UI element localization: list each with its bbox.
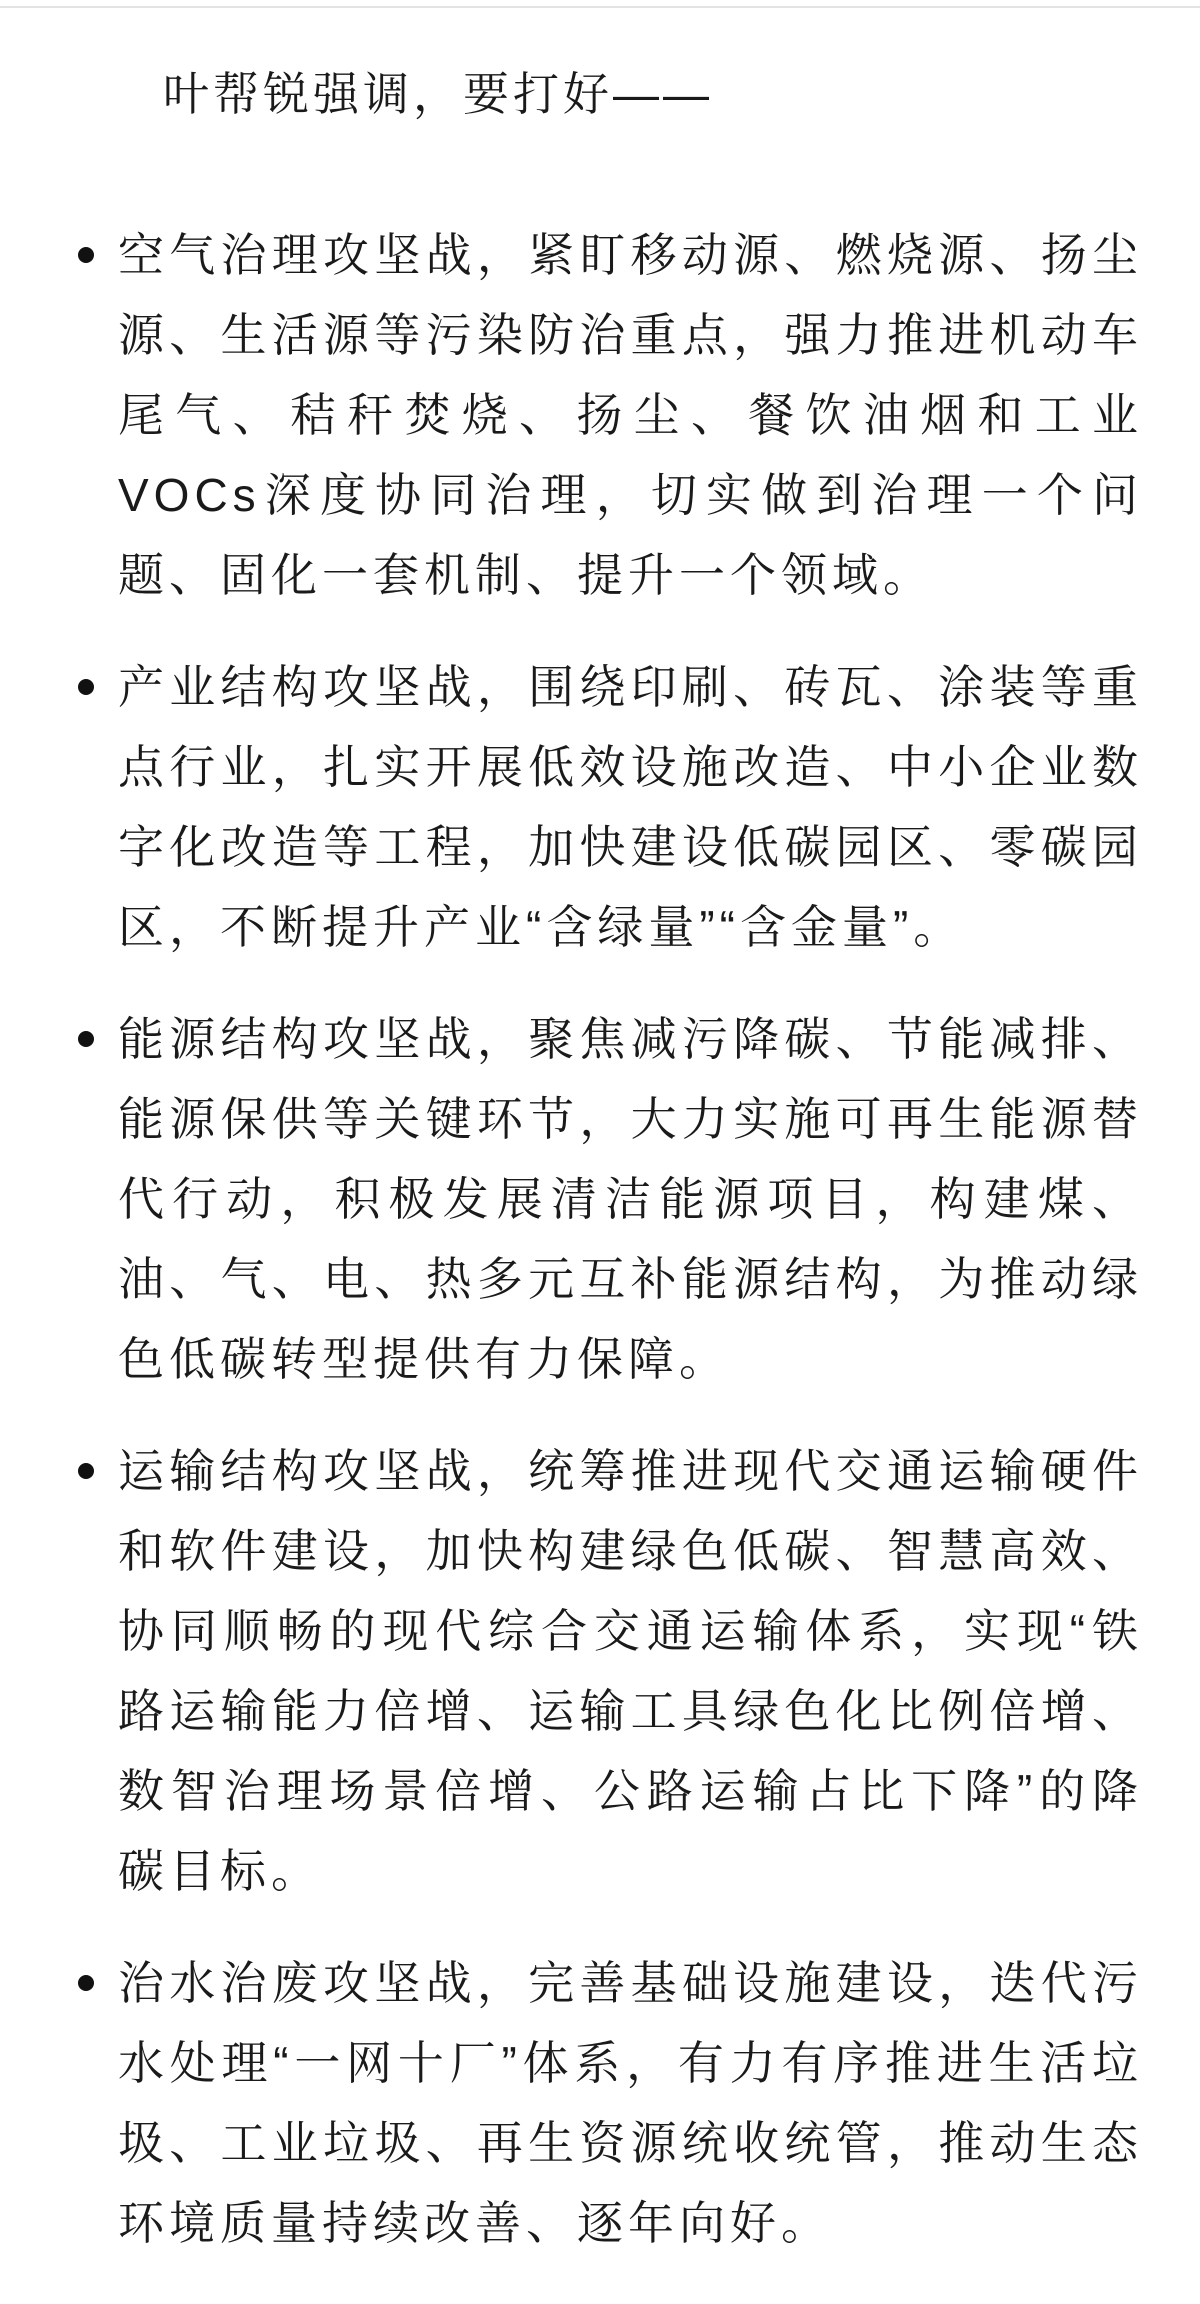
article-page: 叶帮锐强调，要打好—— 空气治理攻坚战，紧盯移动源、燃烧源、扬尘源、生活源等污染… [0,0,1200,2304]
bullet-dot-icon [78,247,94,263]
bullet-dot-icon [78,1031,94,1047]
article-headline: 叶帮锐强调，要打好—— [0,0,1200,124]
list-item: 治水治废攻坚战，完善基础设施建设，迭代污水处理“一网十厂”体系，有力有序推进生活… [55,1943,1143,2263]
list-item: 空气治理攻坚战，紧盯移动源、燃烧源、扬尘源、生活源等污染防治重点，强力推进机动车… [55,215,1143,615]
bullet-list: 空气治理攻坚战，紧盯移动源、燃烧源、扬尘源、生活源等污染防治重点，强力推进机动车… [55,215,1143,2263]
bullet-dot-icon [78,679,94,695]
bullet-dot-icon [78,1975,94,1991]
bullet-text: 治水治废攻坚战，完善基础设施建设，迭代污水处理“一网十厂”体系，有力有序推进生活… [118,1957,1143,2249]
list-item: 能源结构攻坚战，聚焦减污降碳、节能减排、能源保供等关键环节，大力实施可再生能源替… [55,999,1143,1399]
top-divider [0,6,1200,8]
bullet-text: 产业结构攻坚战，围绕印刷、砖瓦、涂装等重点行业，扎实开展低效设施改造、中小企业数… [118,661,1143,953]
list-item: 运输结构攻坚战，统筹推进现代交通运输硬件和软件建设，加快构建绿色低碳、智慧高效、… [55,1431,1143,1911]
bullet-text: 空气治理攻坚战，紧盯移动源、燃烧源、扬尘源、生活源等污染防治重点，强力推进机动车… [118,229,1143,601]
bullet-text: 能源结构攻坚战，聚焦减污降碳、节能减排、能源保供等关键环节，大力实施可再生能源替… [118,1013,1143,1385]
bullet-dot-icon [78,1463,94,1479]
list-item: 产业结构攻坚战，围绕印刷、砖瓦、涂装等重点行业，扎实开展低效设施改造、中小企业数… [55,647,1143,967]
bullet-text: 运输结构攻坚战，统筹推进现代交通运输硬件和软件建设，加快构建绿色低碳、智慧高效、… [118,1445,1143,1897]
